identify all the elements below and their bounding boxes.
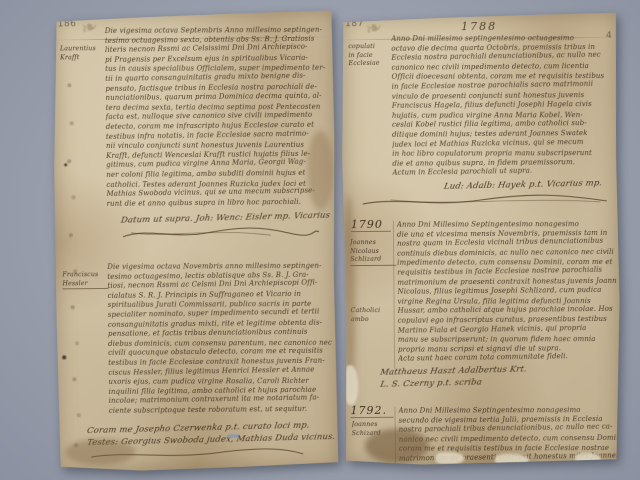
wormhole — [62, 355, 66, 359]
margin-note: JoannesNicolausSchlizard — [350, 239, 396, 266]
archival-photo: 186 ❧ LaurentiusKrafft Die vigesima octa… — [0, 0, 640, 480]
handwriting-line: Schlizard — [350, 255, 396, 264]
right-page: 187 ❧ 4 1788 copulatiin facieEcclesiae A… — [341, 13, 621, 465]
margin-date: 1790 — [351, 219, 391, 232]
margin-note: FranciscusHessler — [62, 271, 108, 289]
handwriting-line: ner coloni filia legitima, ambo subditi … — [106, 168, 332, 180]
closing-signature: Datum ut supra. Joh: Wenc: Eisler mp. Vi… — [61, 213, 333, 242]
margin-note: copulatiin facieEcclesiae — [348, 43, 394, 69]
handwriting-line: Franciscus Hagela, filius defuncti Josep… — [392, 100, 615, 112]
closing-signature: Matthaeus Haszt Adalbertus Krt.L. S. Cze… — [350, 365, 617, 391]
wormhole — [64, 163, 67, 166]
stain — [65, 439, 135, 466]
entry-block: FranciscusHessler Die vigesima octava No… — [61, 261, 335, 417]
right-page-paper: 187 ❧ 4 1788 copulatiin facieEcclesiae A… — [341, 13, 621, 465]
entry-block: 1790 JoannesNicolausSchlizard Catholicia… — [349, 219, 617, 365]
handwriting-line: Actum in Ecclesia parochiali ut supra. — [392, 166, 615, 179]
torn-patch — [495, 454, 529, 466]
entry-block: LaurentiusKrafft Die vigesima octava Sep… — [59, 25, 333, 210]
torn-patch — [435, 452, 465, 464]
torn-patch — [344, 365, 358, 405]
handwriting-line: Hessler — [62, 279, 108, 288]
left-page-paper: 186 ❧ LaurentiusKrafft Die vigesima octa… — [53, 11, 339, 472]
margin-note: LaurentiusKrafft — [60, 45, 106, 62]
left-page: 186 ❧ LaurentiusKrafft Die vigesima octa… — [53, 11, 339, 472]
closing-signature: Lud: Adalb: Hayek p.t. Vicarius mp. — [349, 181, 616, 209]
handwriting-line: runt die et anno quibus supra in libro h… — [107, 197, 333, 209]
entry-block: copulatiin facieEcclesiae Anno Dni mille… — [347, 33, 615, 179]
torn-patch — [575, 453, 601, 463]
handwriting-line: pensatione, et factis tribus denunciatio… — [108, 328, 334, 340]
handwriting-line: ambo — [351, 315, 397, 324]
signature-flourish-icon — [121, 225, 321, 241]
signature-flourish-icon — [361, 193, 611, 209]
margin-date: 1792. — [350, 405, 393, 418]
margin-note: Catholiciambo — [351, 307, 397, 324]
handwriting-line: ciente subscriptoque teste roboratum est… — [109, 404, 335, 416]
handwriting-line: nunciationibus, quarum prima Dominica de… — [105, 92, 331, 104]
year-heading: 1788 — [341, 19, 617, 34]
handwriting-line: Nicolaus, filius legitimus Josephi Schli… — [397, 286, 616, 298]
handwriting-line: Ecclesiae — [348, 59, 394, 68]
handwriting-line: Krafft — [60, 53, 106, 62]
